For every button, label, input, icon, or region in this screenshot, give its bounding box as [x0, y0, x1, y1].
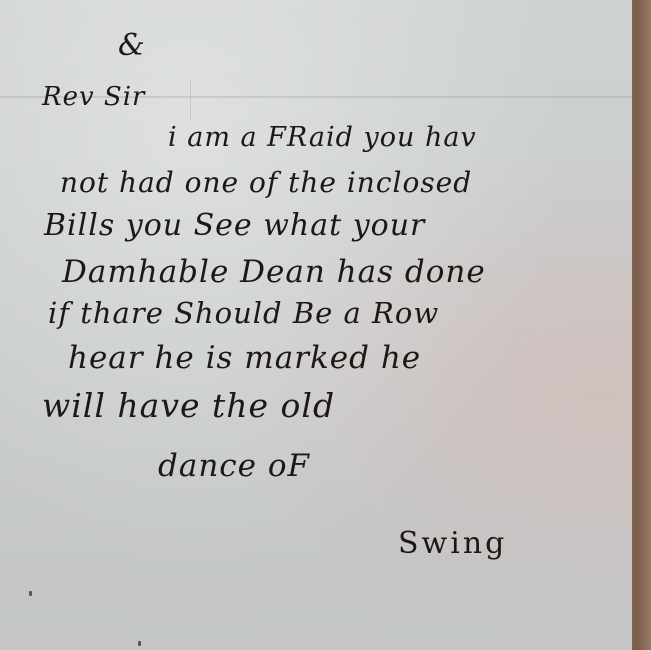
letter-line-2: not had one of the inclosed — [60, 166, 472, 199]
letter-salutation: Rev Sir — [42, 82, 145, 112]
paper-fold-vertical — [190, 80, 191, 120]
letter-line-5: if thare Should Be a Row — [48, 296, 439, 330]
letter-line-3: Bills you See what your — [44, 208, 425, 243]
letter-line-8: dance oF — [158, 448, 310, 484]
letter-line-6: hear he is marked he — [68, 340, 421, 376]
paper-speck — [138, 641, 141, 646]
paper-speck — [29, 591, 32, 596]
letter-mark: & — [118, 28, 146, 63]
letter-line-1: i am a FRaid you hav — [168, 122, 477, 153]
letter-signature: Swing — [398, 526, 507, 561]
letter-line-4: Damhable Dean has done — [62, 254, 486, 290]
photo-stage: & Rev Sir i am a FRaid you hav not had o… — [0, 0, 651, 650]
letter-paper: & Rev Sir i am a FRaid you hav not had o… — [0, 0, 632, 650]
letter-line-7: will have the old — [42, 386, 335, 425]
